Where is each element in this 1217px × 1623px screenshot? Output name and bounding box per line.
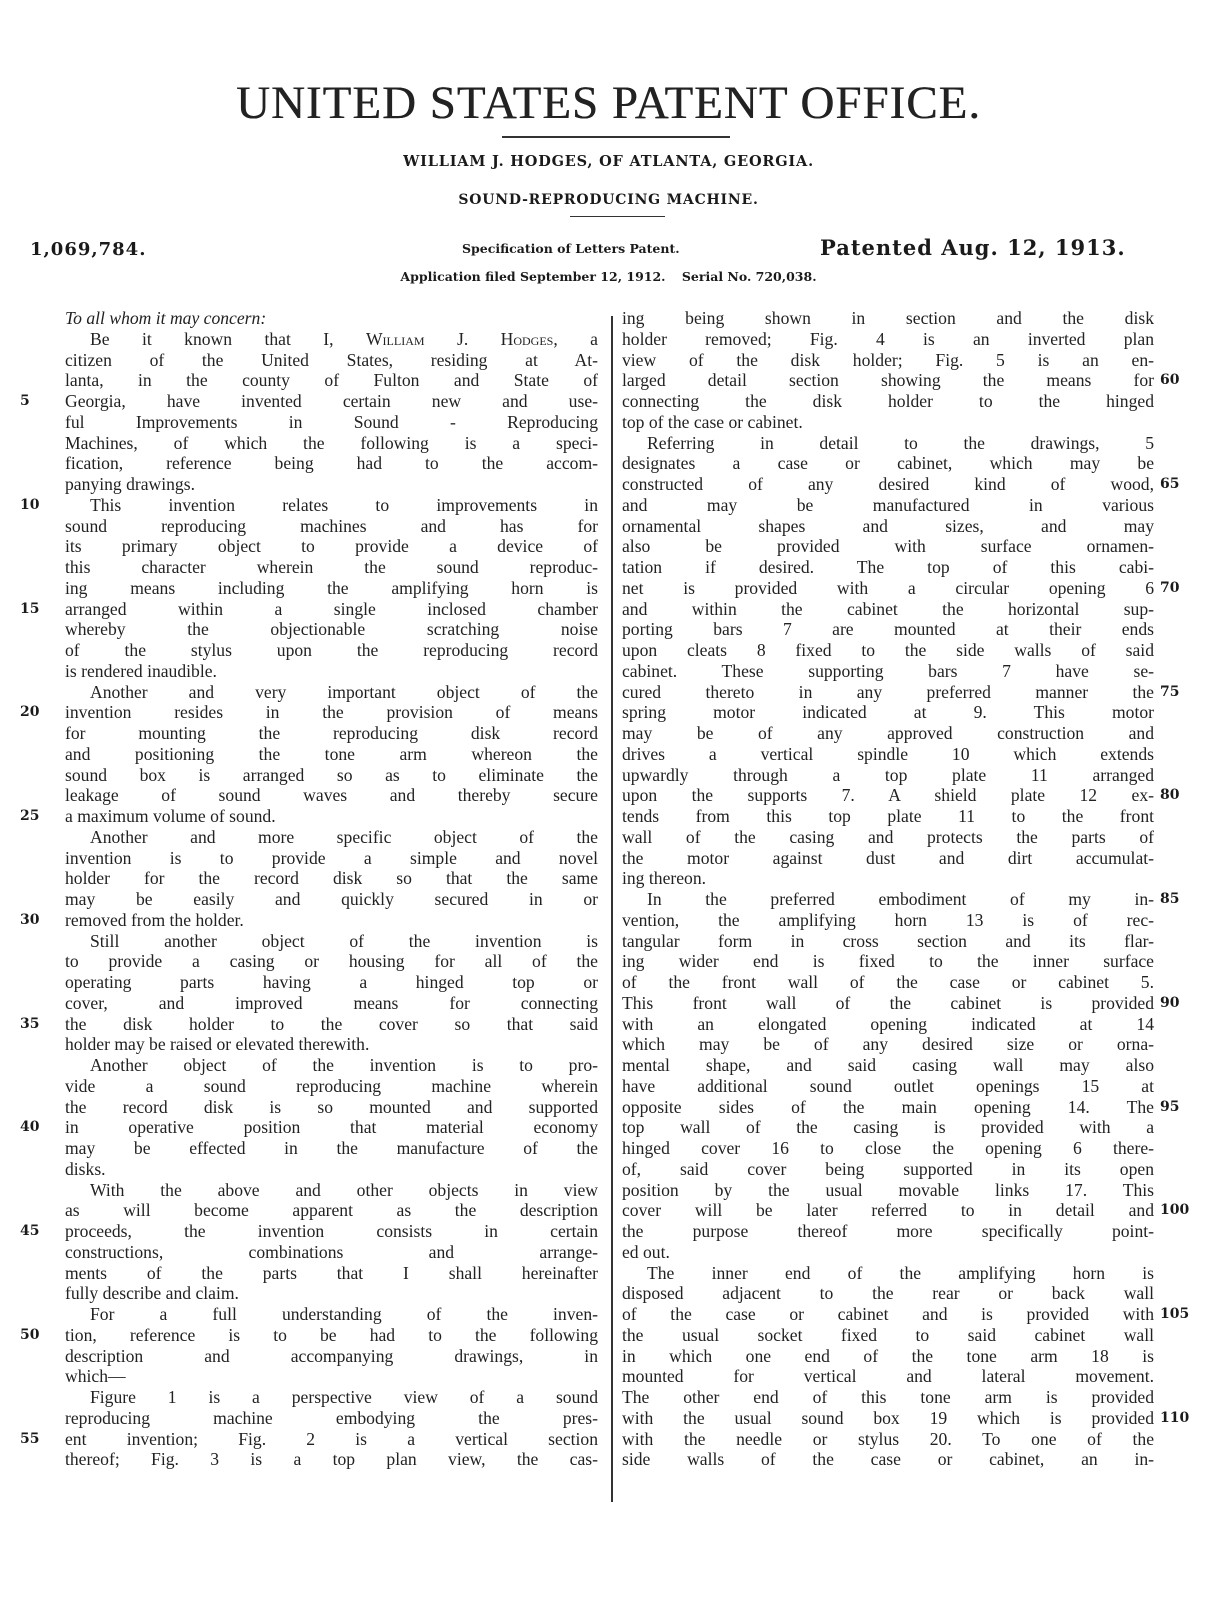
application-filed: Application filed September 12, 1912. [400,269,665,284]
text-line: vention, the amplifying horn 13 is of re… [622,910,1154,931]
text-line: the disk holder to the cover so that sai… [65,1014,598,1035]
text-line: Georgia, have invented certain new and u… [65,391,598,412]
line-number: 65 [1160,474,1179,495]
left-text-column: To all whom it may concern:Be it known t… [65,308,598,1470]
text-line: hinged cover 16 to close the opening 6 t… [622,1138,1154,1159]
text-line: to provide a casing or housing for all o… [65,951,598,972]
line-number: 60 [1160,370,1179,391]
text-line: a maximum volume of sound. [65,806,598,827]
text-line: ing wider end is fixed to the inner surf… [622,951,1154,972]
text-line: upon cleats 8 fixed to the side walls of… [622,640,1154,661]
text-line: of the front wall of the case or cabinet… [622,972,1154,993]
text-line: mental shape, and said casing wall may a… [622,1055,1154,1076]
text-line: holder may be raised or elevated therewi… [65,1034,598,1055]
patent-number: 1,069,784. [30,239,146,260]
line-number: 20 [20,702,39,723]
text-line: of the stylus upon the reproducing recor… [65,640,598,661]
text-line: wall of the casing and protects the part… [622,827,1154,848]
text-line: Another and very important object of the [65,682,598,703]
text-line: top of the case or cabinet. [622,412,1154,433]
text-line: larged detail section showing the means … [622,370,1154,391]
line-number: 85 [1160,889,1179,910]
inventor-name: William J. Hodges [366,329,553,349]
text-line: Still another object of the invention is [65,931,598,952]
line-number: 25 [20,806,39,827]
text-line: view of the disk holder; Fig. 5 is an en… [622,350,1154,371]
text-line: The other end of this tone arm is provid… [622,1387,1154,1408]
text-line: fully describe and claim. [65,1283,598,1304]
text-line: which— [65,1366,598,1387]
text-line: spring motor indicated at 9. This motor [622,702,1154,723]
text-line: porting bars 7 are mounted at their ends [622,619,1154,640]
text-line: of, said cover being supported in its op… [622,1159,1154,1180]
invention-title: SOUND-REPRODUCING MACHINE. [0,192,1217,208]
line-number: 110 [1160,1408,1189,1429]
text-line: connecting the disk holder to the hinged [622,391,1154,412]
text-line: tends from this top plate 11 to the fron… [622,806,1154,827]
text-line: Be it known that I, William J. Hodges, a [65,329,598,350]
text-line: disposed adjacent to the rear or back wa… [622,1283,1154,1304]
text-line: citizen of the United States, residing a… [65,350,598,371]
text-line: proceeds, the invention consists in cert… [65,1221,598,1242]
text-line: the motor against dust and dirt accumula… [622,848,1154,869]
text-line: With the above and other objects in view [65,1180,598,1201]
text-line: This front wall of the cabinet is provid… [622,993,1154,1014]
column-divider [611,316,613,1502]
text-line: holder for the record disk so that the s… [65,868,598,889]
text-line: constructed of any desired kind of wood, [622,474,1154,495]
text-line: of the case or cabinet and is provided w… [622,1304,1154,1325]
text-line: ful Improvements in Sound - Reproducing [65,412,598,433]
text-line: the record disk is so mounted and suppor… [65,1097,598,1118]
serial-number: Serial No. 720,038. [682,269,817,284]
text-line: in which one end of the tone arm 18 is [622,1346,1154,1367]
text-line: For a full understanding of the inven- [65,1304,598,1325]
office-title: UNITED STATES PATENT OFFICE. [0,76,1217,130]
line-number: 45 [20,1221,39,1242]
text-line: whereby the objectionable scratching noi… [65,619,598,640]
text-line: net is provided with a circular opening … [622,578,1154,599]
text-line: Another and more specific object of the [65,827,598,848]
line-number: 15 [20,599,39,620]
text-line: drives a vertical spindle 10 which exten… [622,744,1154,765]
text-line: The inner end of the amplifying horn is [622,1263,1154,1284]
specification-label: Specification of Letters Patent. [462,241,680,256]
text-line: removed from the holder. [65,910,598,931]
text-line: Another object of the invention is to pr… [65,1055,598,1076]
text-line: fication, reference being had to the acc… [65,453,598,474]
subtitle-rule [570,216,665,217]
text-line: with an elongated opening indicated at 1… [622,1014,1154,1035]
text-line: operating parts having a hinged top or [65,972,598,993]
text-line: Machines, of which the following is a sp… [65,433,598,454]
text-line: the purpose thereof more specifically po… [622,1221,1154,1242]
text-line: Figure 1 is a perspective view of a soun… [65,1387,598,1408]
application-line: Application filed September 12, 1912. Se… [0,269,1217,284]
text-line: also be provided with surface ornamen- [622,536,1154,557]
text-line: sound reproducing machines and has for [65,516,598,537]
text-line: in operative position that material econ… [65,1117,598,1138]
text-line: invention is to provide a simple and nov… [65,848,598,869]
text-line: cabinet. These supporting bars 7 have se… [622,661,1154,682]
text-line: is rendered inaudible. [65,661,598,682]
line-number: 40 [20,1117,39,1138]
line-number: 5 [20,391,30,412]
text-line: this character wherein the sound reprodu… [65,557,598,578]
text-line: which may be of any desired size or orna… [622,1034,1154,1055]
text-line: ing means including the amplifying horn … [65,578,598,599]
text-line: holder removed; Fig. 4 is an inverted pl… [622,329,1154,350]
text-line: upwardly through a top plate 11 arranged [622,765,1154,786]
text-line: position by the usual movable links 17. … [622,1180,1154,1201]
text-line: as will become apparent as the descripti… [65,1200,598,1221]
text-line: opposite sides of the main opening 14. T… [622,1097,1154,1118]
text-line: panying drawings. [65,474,598,495]
inventor-line: WILLIAM J. HODGES, OF ATLANTA, GEORGIA. [0,153,1217,170]
text-line: thereof; Fig. 3 is a top plan view, the … [65,1449,598,1470]
text-line: and within the cabinet the horizontal su… [622,599,1154,620]
text-line: with the needle or stylus 20. To one of … [622,1429,1154,1450]
text-line: reproducing machine embodying the pres- [65,1408,598,1429]
line-number: 30 [20,910,39,931]
text-line: ed out. [622,1242,1154,1263]
text-line: In the preferred embodiment of my in- [622,889,1154,910]
text-line: cover will be later referred to in detai… [622,1200,1154,1221]
text-line: tangular form in cross section and its f… [622,931,1154,952]
text-line: may be effected in the manufacture of th… [65,1138,598,1159]
text-line: tion, reference is to be had to the foll… [65,1325,598,1346]
text-line: ent invention; Fig. 2 is a vertical sect… [65,1429,598,1450]
text-line: its primary object to provide a device o… [65,536,598,557]
line-number: 70 [1160,578,1179,599]
text-line: Referring in detail to the drawings, 5 [622,433,1154,454]
right-text-column: ing being shown in section and the diskh… [622,308,1154,1470]
text-line: description and accompanying drawings, i… [65,1346,598,1367]
line-number: 75 [1160,682,1179,703]
text-line: invention resides in the provision of me… [65,702,598,723]
text-line: the usual socket fixed to said cabinet w… [622,1325,1154,1346]
text-line: This invention relates to improvements i… [65,495,598,516]
text-line: and may be manufactured in various [622,495,1154,516]
line-number: 50 [20,1325,39,1346]
line-number: 55 [20,1429,39,1450]
text-line: upon the supports 7. A shield plate 12 e… [622,785,1154,806]
text-line: lanta, in the county of Fulton and State… [65,370,598,391]
line-number: 10 [20,495,39,516]
text-line: sound box is arranged so as to eliminate… [65,765,598,786]
text-line: ornamental shapes and sizes, and may [622,516,1154,537]
patented-date: Patented Aug. 12, 1913. [820,235,1126,260]
text-line: arranged within a single inclosed chambe… [65,599,598,620]
text-line: with the usual sound box 19 which is pro… [622,1408,1154,1429]
line-number: 95 [1160,1097,1179,1118]
text-line: cover, and improved means for connecting [65,993,598,1014]
text-line: may be easily and quickly secured in or [65,889,598,910]
line-number: 90 [1160,993,1179,1014]
text-line: ments of the parts that I shall hereinaf… [65,1263,598,1284]
line-number: 80 [1160,785,1179,806]
text-line: have additional sound outlet openings 15… [622,1076,1154,1097]
text-line: constructions, combinations and arrange- [65,1242,598,1263]
text-line: ing being shown in section and the disk [622,308,1154,329]
text-line: ing thereon. [622,868,1154,889]
line-number: 105 [1160,1304,1189,1325]
text-line: To all whom it may concern: [65,308,598,329]
text-line: top wall of the casing is provided with … [622,1117,1154,1138]
text-line: designates a case or cabinet, which may … [622,453,1154,474]
text-line: disks. [65,1159,598,1180]
text-line: mounted for vertical and lateral movemen… [622,1366,1154,1387]
text-line: leakage of sound waves and thereby secur… [65,785,598,806]
text-line: and positioning the tone arm whereon the [65,744,598,765]
text-line: may be of any approved construction and [622,723,1154,744]
text-line: for mounting the reproducing disk record [65,723,598,744]
text-line: side walls of the case or cabinet, an in… [622,1449,1154,1470]
text-line: cured thereto in any preferred manner th… [622,682,1154,703]
line-number: 35 [20,1014,39,1035]
text-line: vide a sound reproducing machine wherein [65,1076,598,1097]
line-number: 100 [1160,1200,1189,1221]
title-rule [502,136,730,138]
text-line: tation if desired. The top of this cabi- [622,557,1154,578]
